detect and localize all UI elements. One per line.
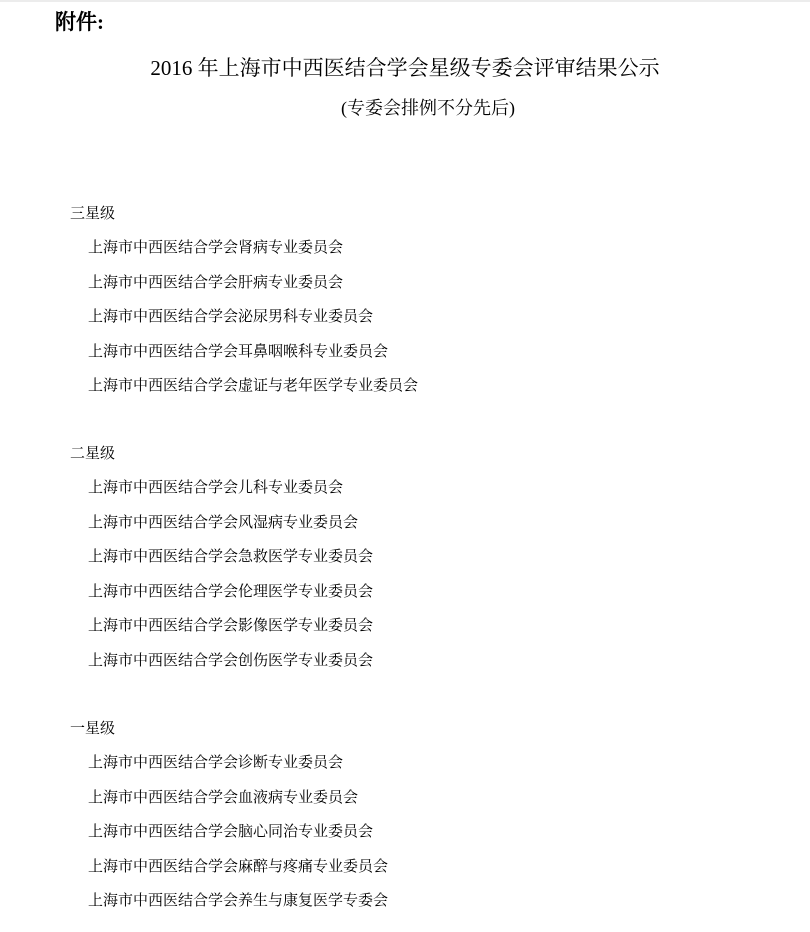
committee-item: 上海市中西医结合学会伦理医学专业委员会 bbox=[88, 581, 373, 601]
committee-item: 上海市中西医结合学会血液病专业委员会 bbox=[88, 787, 388, 807]
committee-item: 上海市中西医结合学会虚证与老年医学专业委员会 bbox=[88, 375, 418, 395]
committee-item: 上海市中西医结合学会泌尿男科专业委员会 bbox=[88, 306, 418, 326]
tier-one-star: 一星级 上海市中西医结合学会诊断专业委员会 上海市中西医结合学会血液病专业委员会… bbox=[70, 718, 388, 925]
tier-three-star: 三星级 上海市中西医结合学会肾病专业委员会 上海市中西医结合学会肝病专业委员会 … bbox=[70, 203, 418, 410]
committee-list: 上海市中西医结合学会诊断专业委员会 上海市中西医结合学会血液病专业委员会 上海市… bbox=[70, 752, 388, 910]
committee-item: 上海市中西医结合学会耳鼻咽喉科专业委员会 bbox=[88, 341, 418, 361]
committee-list: 上海市中西医结合学会儿科专业委员会 上海市中西医结合学会风湿病专业委员会 上海市… bbox=[70, 477, 373, 670]
committee-item: 上海市中西医结合学会儿科专业委员会 bbox=[88, 477, 373, 497]
tier-heading: 一星级 bbox=[70, 718, 388, 738]
top-divider bbox=[0, 0, 810, 2]
committee-item: 上海市中西医结合学会麻醉与疼痛专业委员会 bbox=[88, 856, 388, 876]
committee-item: 上海市中西医结合学会急救医学专业委员会 bbox=[88, 546, 373, 566]
tier-heading: 三星级 bbox=[70, 203, 418, 223]
committee-item: 上海市中西医结合学会脑心同治专业委员会 bbox=[88, 821, 388, 841]
committee-item: 上海市中西医结合学会创伤医学专业委员会 bbox=[88, 650, 373, 670]
committee-item: 上海市中西医结合学会肝病专业委员会 bbox=[88, 272, 418, 292]
tier-two-star: 二星级 上海市中西医结合学会儿科专业委员会 上海市中西医结合学会风湿病专业委员会… bbox=[70, 443, 373, 684]
document-subtitle: (专委会排例不分先后) bbox=[0, 95, 810, 121]
committee-item: 上海市中西医结合学会诊断专业委员会 bbox=[88, 752, 388, 772]
committee-item: 上海市中西医结合学会肾病专业委员会 bbox=[88, 237, 418, 257]
committee-item: 上海市中西医结合学会养生与康复医学专委会 bbox=[88, 890, 388, 910]
committee-item: 上海市中西医结合学会影像医学专业委员会 bbox=[88, 615, 373, 635]
document-title: 2016 年上海市中西医结合学会星级专委会评审结果公示 bbox=[0, 53, 810, 83]
committee-list: 上海市中西医结合学会肾病专业委员会 上海市中西医结合学会肝病专业委员会 上海市中… bbox=[70, 237, 418, 395]
committee-item: 上海市中西医结合学会风湿病专业委员会 bbox=[88, 512, 373, 532]
tier-heading: 二星级 bbox=[70, 443, 373, 463]
attachment-label: 附件: bbox=[55, 8, 104, 36]
